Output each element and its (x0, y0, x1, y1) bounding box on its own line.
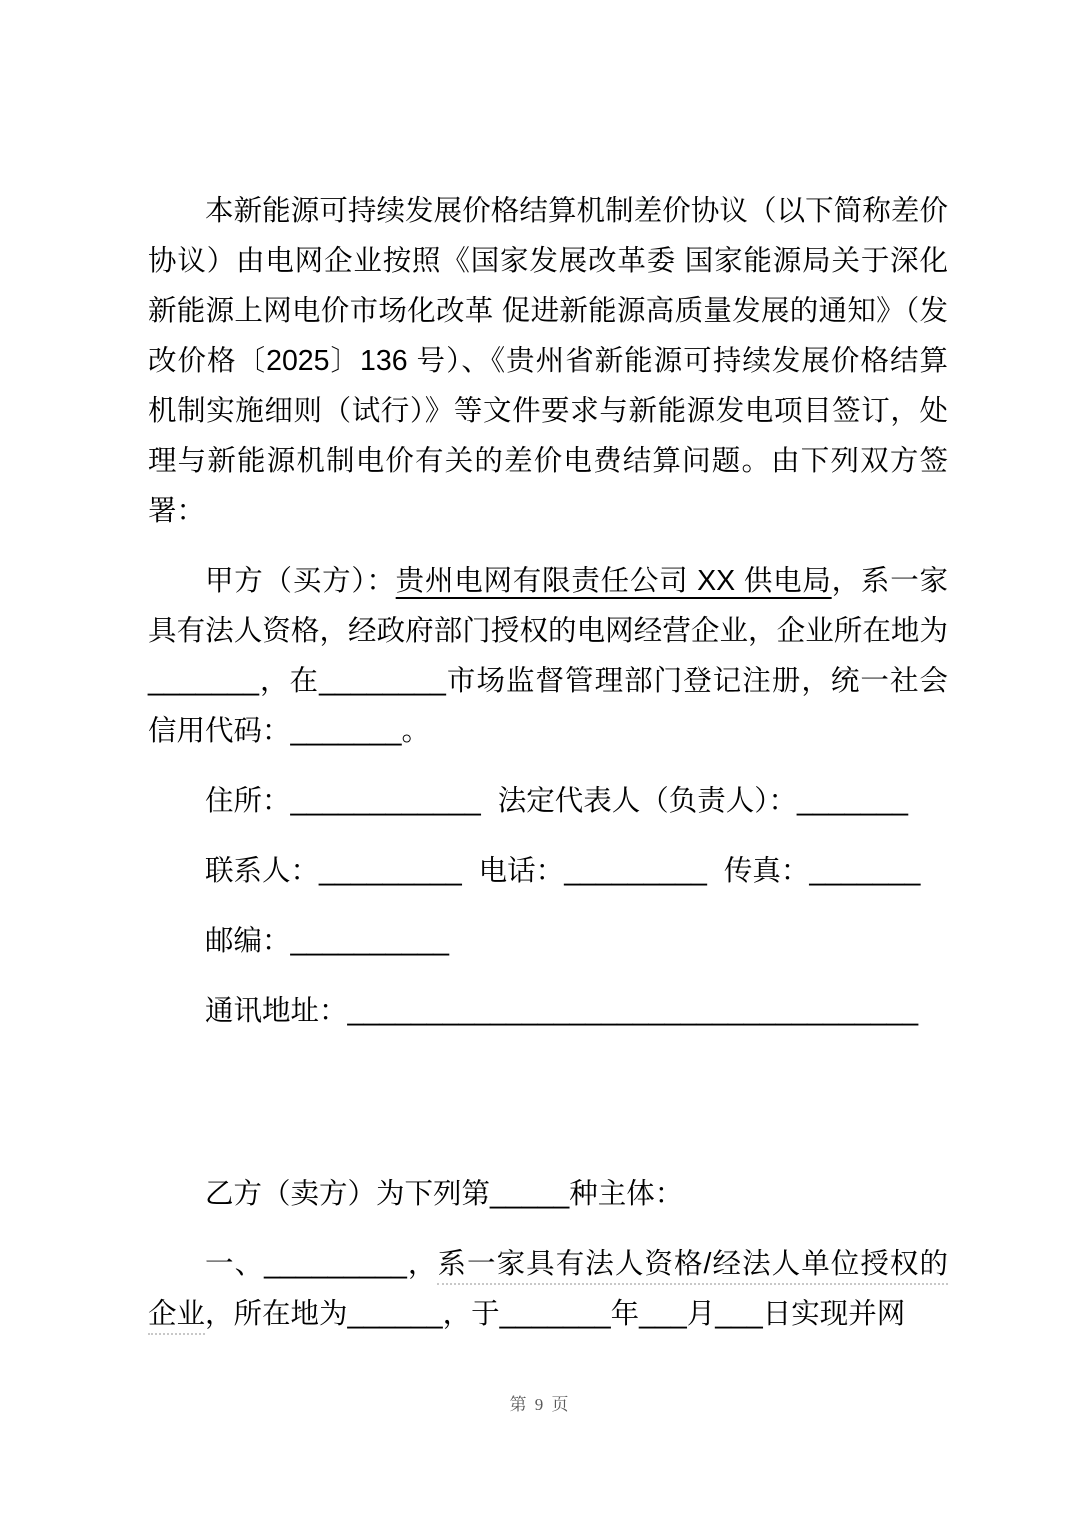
party-b-tail: 种主体： (569, 1178, 683, 1210)
address-blank: ____________ (291, 785, 481, 817)
contact-person-label: 联系人： (205, 855, 319, 887)
contact-row-address: 住所：____________法定代表人（负责人）：_______ (148, 776, 948, 826)
item1-mid: ，于 (443, 1298, 500, 1330)
contact-person-blank: _________ (319, 855, 462, 887)
party-b-item1-paragraph: 一、_________，系一家具有法人资格/经法人单位授权的企业，所在地为___… (148, 1239, 948, 1339)
zip-label: 邮编： (205, 925, 291, 957)
party-a-credit-code-blank: _______ (291, 715, 402, 747)
item1-comma: ， (407, 1248, 438, 1280)
item1-month-blank: ___ (639, 1298, 687, 1330)
party-a-company-name: 贵州电网有限责任公司 XX 供电局 (396, 565, 832, 597)
intro-paragraph: 本新能源可持续发展价格结算机制差价协议（以下简称差价协议）由电网企业按照《国家发… (148, 186, 948, 536)
item1-month-label: 月 (687, 1298, 716, 1330)
mail-address-label: 通讯地址： (205, 995, 348, 1027)
item1-location-blank: ______ (348, 1298, 443, 1330)
zip-blank: __________ (291, 925, 450, 957)
item1-after-phrase: ，所在地为 (205, 1298, 348, 1330)
fax-blank: _______ (809, 855, 920, 887)
party-b-type-blank: _____ (490, 1178, 569, 1210)
item1-year-blank: _______ (500, 1298, 611, 1330)
party-a-location-blank: _______ (148, 665, 259, 697)
party-b-intro-paragraph: 乙方（卖方）为下列第_____种主体： (148, 1169, 948, 1219)
item1-day-tail: 日实现并网 (763, 1298, 906, 1330)
party-b-lead: 乙方（卖方）为下列第 (205, 1178, 490, 1210)
fax-label: 传真： (724, 855, 810, 887)
party-a-mid: ，在 (259, 665, 319, 697)
page-number: 第 9 页 (510, 1395, 571, 1414)
legal-rep-blank: _______ (797, 785, 908, 817)
page-footer: 第 9 页 (0, 1390, 1080, 1415)
document-page: 本新能源可持续发展价格结算机制差价协议（以下简称差价协议）由电网企业按照《国家发… (0, 0, 1080, 1527)
contact-row-phone: 联系人：_________电话：_________传真：_______ (148, 846, 948, 896)
contact-row-zip: 邮编：__________ (148, 916, 948, 966)
party-a-lead: 甲方（买方）： (205, 565, 396, 597)
phone-blank: _________ (564, 855, 707, 887)
contact-row-mail: 通讯地址：___________________________________… (148, 986, 948, 1036)
phone-label: 电话： (479, 855, 565, 887)
document-body: 本新能源可持续发展价格结算机制差价协议（以下简称差价协议）由电网企业按照《国家发… (148, 186, 948, 1339)
party-a-end: 。 (401, 715, 430, 747)
party-a-registry-blank: ________ (319, 665, 446, 697)
item1-name-blank: _________ (264, 1248, 407, 1280)
item1-year-label: 年 (611, 1298, 640, 1330)
party-a-paragraph: 甲方（买方）：贵州电网有限责任公司 XX 供电局，系一家具有法人资格，经政府部门… (148, 556, 948, 756)
mail-address-blank: ____________________________________ (348, 995, 919, 1027)
legal-rep-label: 法定代表人（负责人）： (498, 785, 797, 817)
item1-day-blank: ___ (715, 1298, 763, 1330)
item1-lead: 一、 (205, 1248, 264, 1280)
address-label: 住所： (205, 785, 291, 817)
